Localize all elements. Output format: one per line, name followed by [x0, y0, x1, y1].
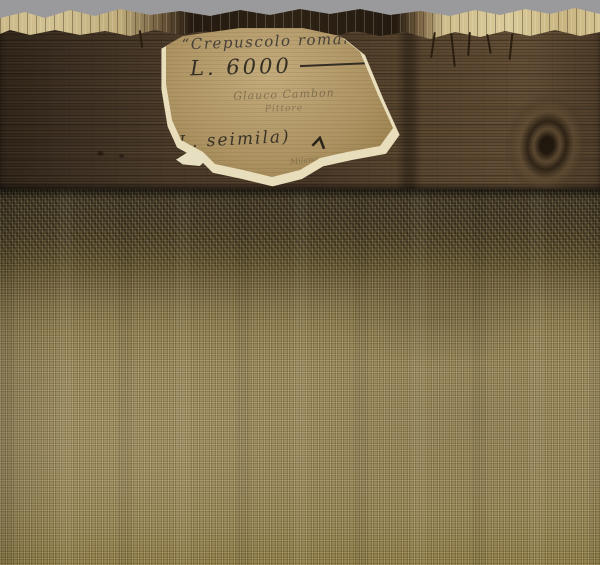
label-price-amount: L. 6000	[190, 54, 292, 81]
wood-knot	[499, 87, 597, 195]
wood-fleck	[96, 150, 105, 157]
wood-dark-band	[396, 22, 422, 189]
stretcher-shadow	[0, 189, 600, 199]
label-role-inscription: Pittore	[224, 102, 344, 116]
burlap-canvas	[0, 189, 600, 565]
ink-flick-mark	[311, 135, 329, 152]
wood-shadow-left	[0, 22, 170, 189]
label-artist-inscription: Glauco Cambon	[204, 85, 364, 104]
painting-verso-photo: “Crepuscolo romano,„ L. 6000 Glauco Camb…	[0, 0, 600, 565]
ink-dash-stroke	[300, 62, 372, 67]
canvas-mottling	[0, 189, 600, 565]
label-price-inscription: L. 6000	[190, 52, 372, 81]
wood-fleck	[118, 153, 125, 159]
